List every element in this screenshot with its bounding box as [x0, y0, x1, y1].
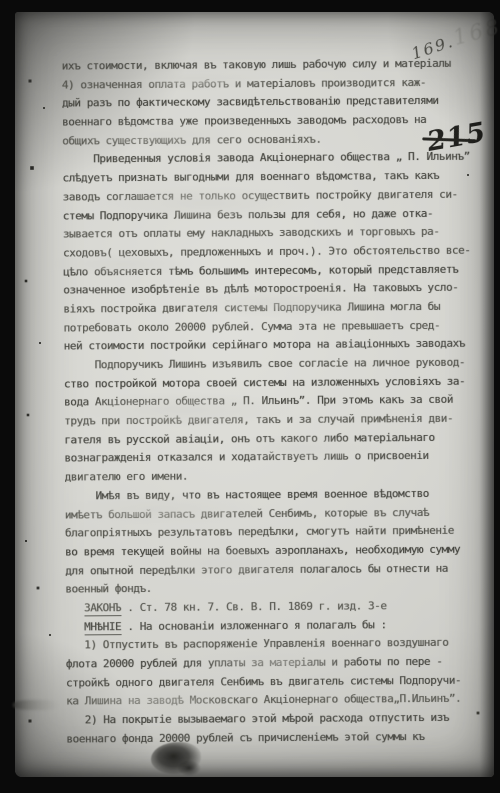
typed-line: дый разъ по фактическому засвидѣтельство… [62, 92, 498, 114]
photo-frame: ихъ стоимости, включая въ таковую лишь р… [0, 0, 500, 793]
typed-line: ихъ стоимости, включая въ таковую лишь р… [62, 54, 498, 76]
underlined-heading: МНѢНІЕ [84, 620, 121, 635]
underlined-heading: ЗАКОНЪ [84, 601, 121, 616]
typed-text-block: ихъ стоимости, включая въ таковую лишь р… [62, 54, 500, 748]
typed-line: трудъ при постройкѣ двигателя, такъ и за… [64, 410, 500, 432]
typed-line: 2) На покрытіе вызываемаго этой мѣрой ра… [66, 709, 500, 731]
typed-line: гателя въ русской авіаціи, онъ отъ каког… [64, 428, 500, 450]
typed-line: сходовъ( цеховыхъ, предложенныхъ и проч.… [63, 241, 499, 263]
document-page: ихъ стоимости, включая въ таковую лишь р… [15, 12, 494, 777]
typed-line: для опытной передѣлки этого двигателя по… [65, 559, 500, 581]
dust-specks [15, 12, 17, 14]
handwritten-faint-number: 168 [451, 14, 500, 50]
edge-smudge [13, 700, 59, 710]
ink-blot [151, 742, 201, 774]
typed-line: віяхъ постройка двигателя системы Подпор… [63, 297, 499, 319]
typed-line: во время текущей войны на боевыхъ аэропл… [65, 540, 500, 562]
typed-line: военнаго фонда 20000 рублей съ причислен… [66, 727, 500, 749]
typed-line: заводъ соглашается не только осуществить… [63, 185, 499, 207]
